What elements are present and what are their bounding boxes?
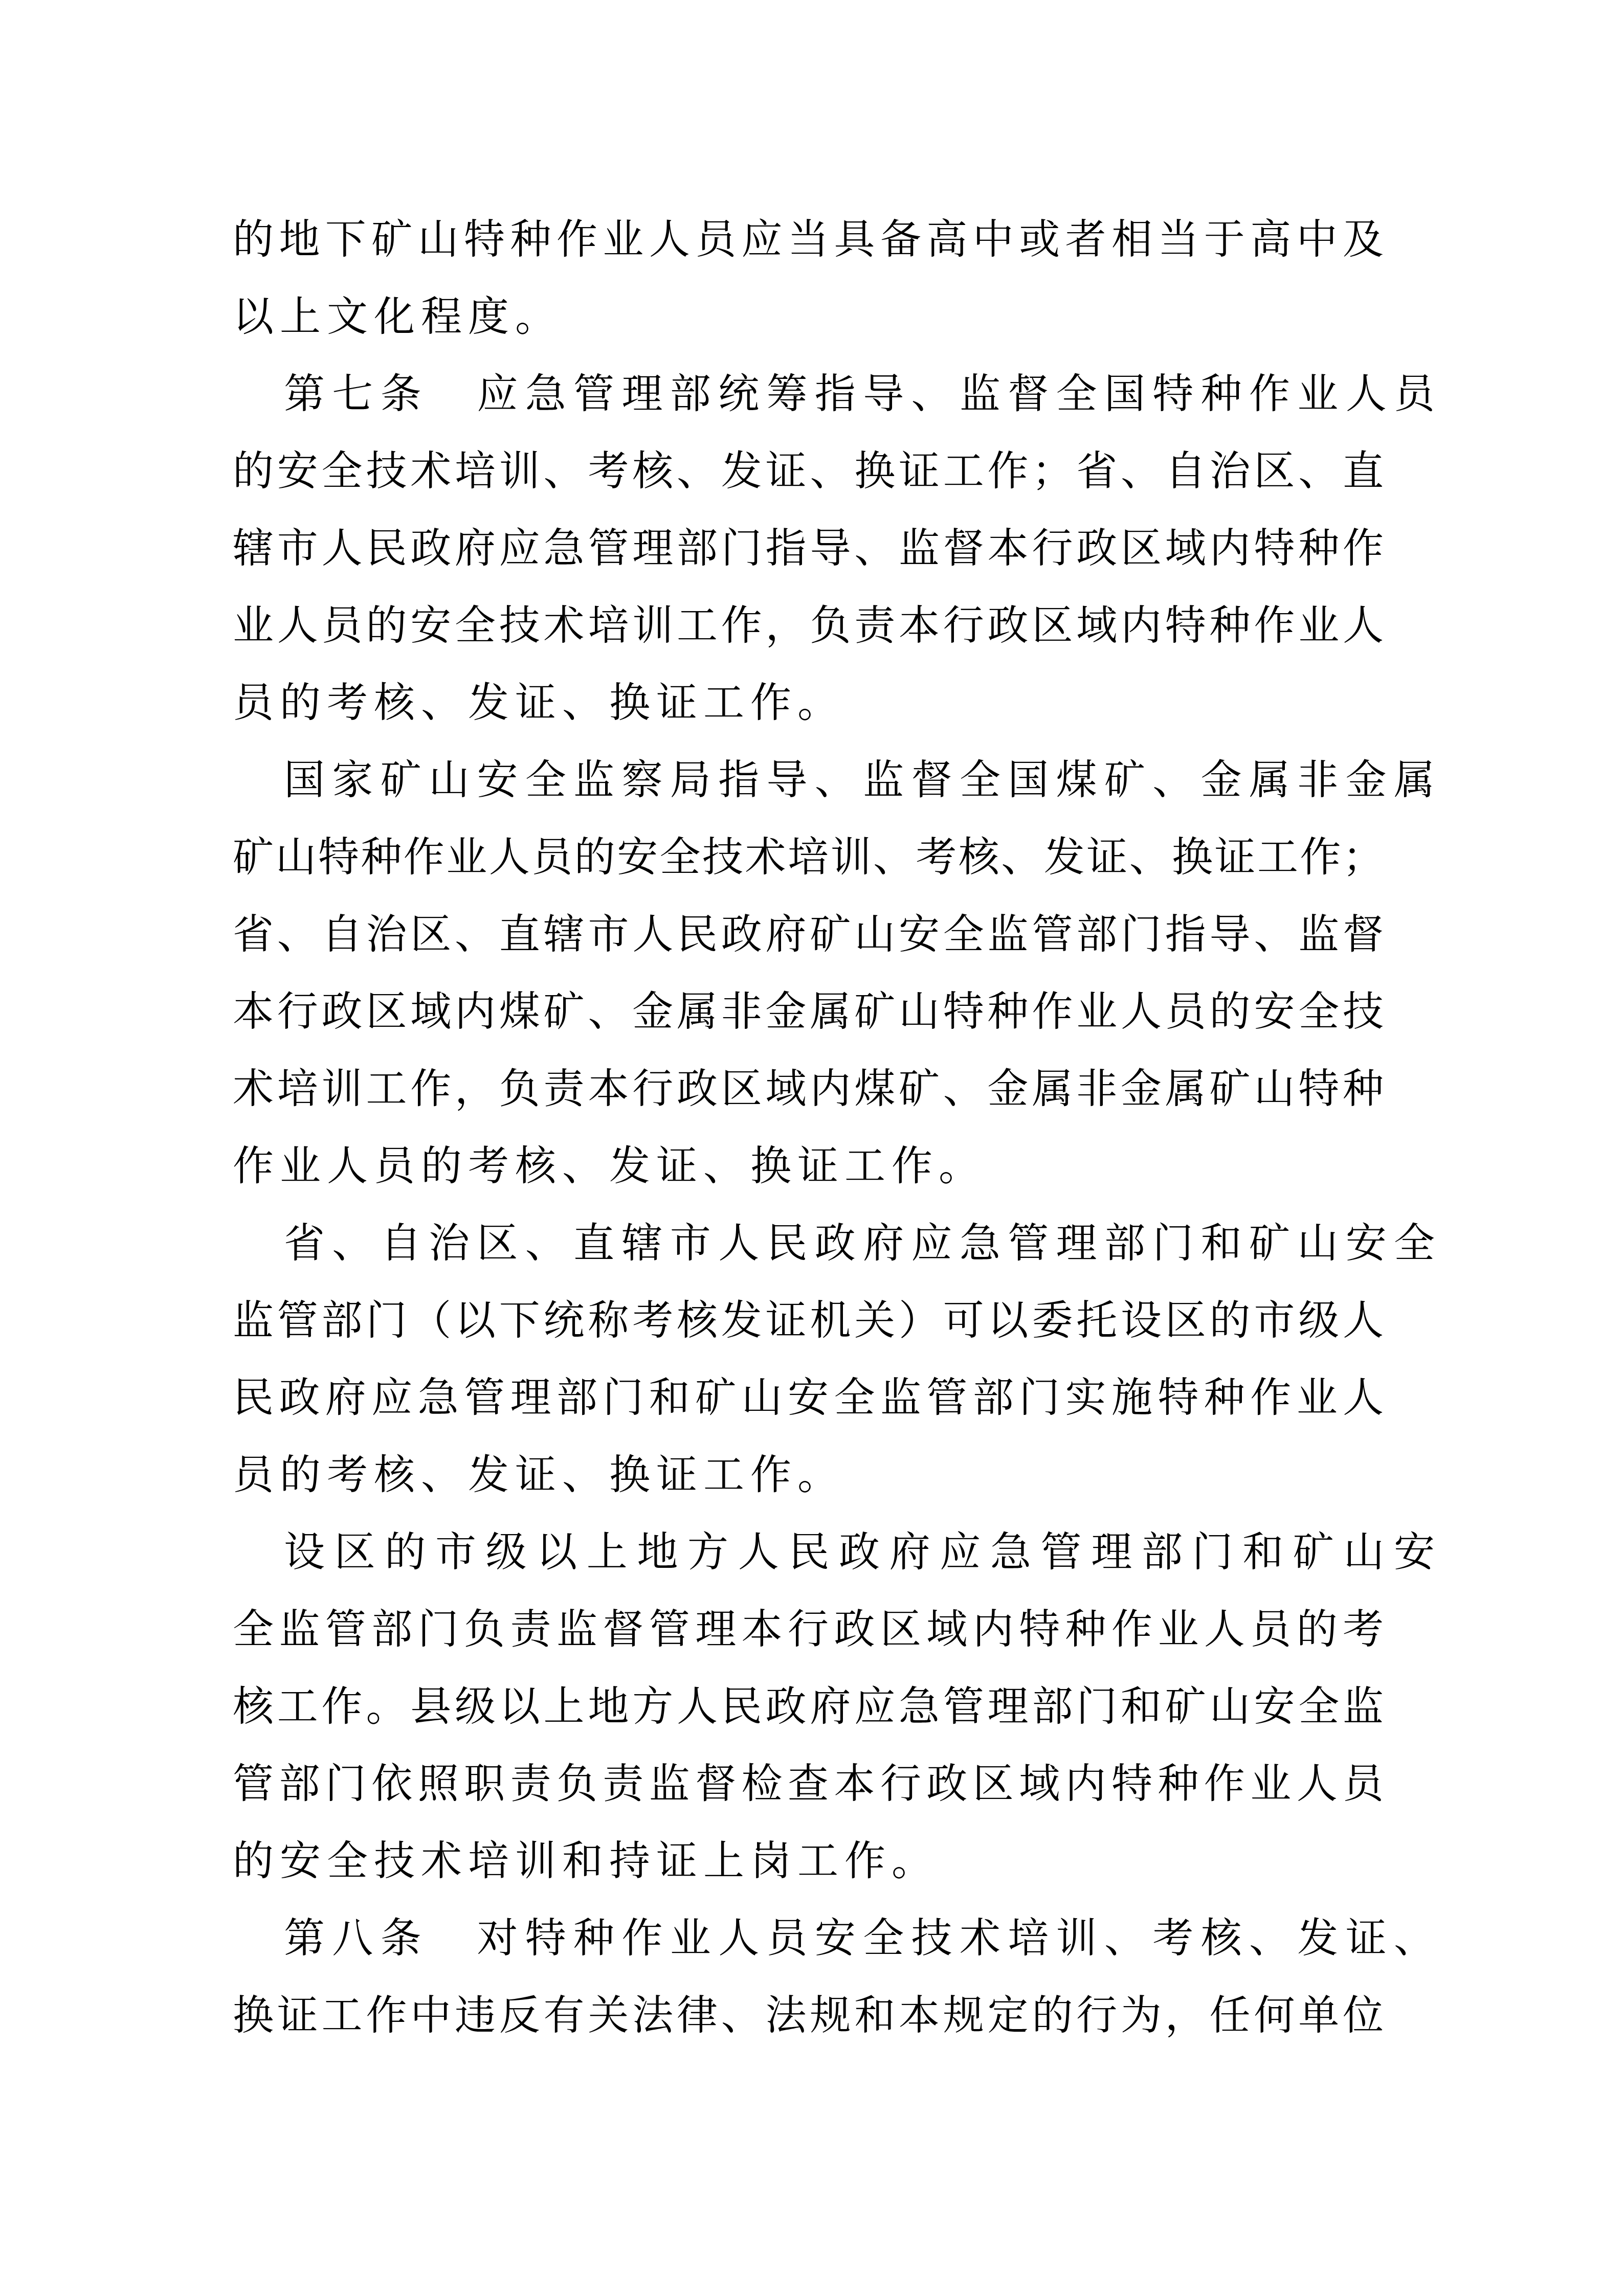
text-line: 管部门依照职责负责监督检查本行政区域内特种作业人员 (233, 1746, 1384, 1823)
text-line: 第七条 应急管理部统筹指导、监督全国特种作业人员 (233, 356, 1384, 433)
document-page: 的地下矿山特种作业人员应当具备高中或者相当于高中及以上文化程度。第七条 应急管理… (0, 0, 1624, 2296)
text-line-content: 管部门依照职责负责监督检查本行政区域内特种作业人员 (233, 1762, 1389, 1807)
text-line: 员的考核、发证、换证工作。 (233, 665, 1384, 742)
text-line-content: 监管部门（以下统称考核发证机关）可以委托设区的市级人 (233, 1298, 1387, 1343)
text-line-content: 以上文化程度。 (233, 295, 562, 340)
text-line-content: 业人员的安全技术培训工作，负责本行政区域内特种作业人 (233, 603, 1387, 648)
text-line: 以上文化程度。 (233, 279, 1384, 356)
text-line-content: 设区的市级以上地方人民政府应急管理部门和矿山安 (284, 1530, 1444, 1575)
text-line: 省、自治区、直辖市人民政府应急管理部门和矿山安全 (233, 1205, 1384, 1282)
paragraph-certification-authorities: 省、自治区、直辖市人民政府应急管理部门和矿山安全监管部门（以下统称考核发证机关）… (233, 1205, 1384, 1514)
text-block: 的地下矿山特种作业人员应当具备高中或者相当于高中及以上文化程度。第七条 应急管理… (233, 201, 1384, 2055)
text-line-content: 第八条 对特种作业人员安全技术培训、考核、发证、 (284, 1916, 1442, 1961)
text-line-content: 的安全技术培训、考核、发证、换证工作；省、自治区、直 (233, 449, 1387, 494)
text-line-content: 员的考核、发证、换证工作。 (233, 1453, 844, 1498)
text-line-content: 矿山特种作业人员的安全技术培训、考核、发证、换证工作； (233, 835, 1385, 880)
text-line-content: 省、自治区、直辖市人民政府矿山安全监管部门指导、监督 (233, 912, 1387, 957)
text-line: 核工作。县级以上地方人民政府应急管理部门和矿山安全监 (233, 1669, 1384, 1746)
paragraph-continued-from-previous-page: 的地下矿山特种作业人员应当具备高中或者相当于高中及以上文化程度。 (233, 201, 1384, 356)
text-line: 省、自治区、直辖市人民政府矿山安全监管部门指导、监督 (233, 896, 1384, 974)
text-line: 术培训工作，负责本行政区域内煤矿、金属非金属矿山特种 (233, 1051, 1384, 1128)
text-line: 本行政区域内煤矿、金属非金属矿山特种作业人员的安全技 (233, 974, 1384, 1051)
text-line: 国家矿山安全监察局指导、监督全国煤矿、金属非金属 (233, 742, 1384, 819)
text-line-content: 术培训工作，负责本行政区域内煤矿、金属非金属矿山特种 (233, 1067, 1387, 1112)
text-line: 员的考核、发证、换证工作。 (233, 1437, 1384, 1514)
text-line: 换证工作中违反有关法律、法规和本规定的行为，任何单位 (233, 1977, 1384, 2055)
paragraph-supervision-duties: 设区的市级以上地方人民政府应急管理部门和矿山安全监管部门负责监督管理本行政区域内… (233, 1514, 1384, 1900)
text-line: 的地下矿山特种作业人员应当具备高中或者相当于高中及 (233, 201, 1384, 279)
text-line: 民政府应急管理部门和矿山安全监管部门实施特种作业人 (233, 1360, 1384, 1437)
text-line: 辖市人民政府应急管理部门指导、监督本行政区域内特种作 (233, 510, 1384, 588)
text-line: 矿山特种作业人员的安全技术培训、考核、发证、换证工作； (233, 819, 1384, 896)
text-line-content: 的安全技术培训和持证上岗工作。 (233, 1839, 939, 1884)
text-line: 全监管部门负责监督管理本行政区域内特种作业人员的考 (233, 1591, 1384, 1669)
text-line: 第八条 对特种作业人员安全技术培训、考核、发证、 (233, 1900, 1384, 1977)
text-line-content: 核工作。县级以上地方人民政府应急管理部门和矿山安全监 (233, 1684, 1387, 1729)
text-line-content: 辖市人民政府应急管理部门指导、监督本行政区域内特种作 (233, 526, 1387, 571)
text-line-content: 员的考核、发证、换证工作。 (233, 681, 844, 726)
paragraph-mine-safety-bureau: 国家矿山安全监察局指导、监督全国煤矿、金属非金属矿山特种作业人员的安全技术培训、… (233, 742, 1384, 1205)
text-line: 业人员的安全技术培训工作，负责本行政区域内特种作业人 (233, 588, 1384, 665)
paragraph-article-7: 第七条 应急管理部统筹指导、监督全国特种作业人员的安全技术培训、考核、发证、换证… (233, 356, 1384, 742)
text-line-content: 全监管部门负责监督管理本行政区域内特种作业人员的考 (233, 1607, 1389, 1652)
text-line-content: 国家矿山安全监察局指导、监督全国煤矿、金属非金属 (284, 758, 1442, 803)
text-line: 设区的市级以上地方人民政府应急管理部门和矿山安 (233, 1514, 1384, 1591)
text-line-content: 本行政区域内煤矿、金属非金属矿山特种作业人员的安全技 (233, 989, 1387, 1034)
paragraph-article-8: 第八条 对特种作业人员安全技术培训、考核、发证、换证工作中违反有关法律、法规和本… (233, 1900, 1384, 2055)
text-line: 的安全技术培训和持证上岗工作。 (233, 1823, 1384, 1900)
text-line-content: 省、自治区、直辖市人民政府应急管理部门和矿山安全 (284, 1221, 1442, 1266)
text-line: 监管部门（以下统称考核发证机关）可以委托设区的市级人 (233, 1282, 1384, 1360)
text-line-content: 民政府应急管理部门和矿山安全监管部门实施特种作业人 (233, 1376, 1389, 1421)
text-line-content: 作业人员的考核、发证、换证工作。 (233, 1144, 986, 1189)
text-line-content: 第七条 应急管理部统筹指导、监督全国特种作业人员 (284, 372, 1442, 417)
text-line: 作业人员的考核、发证、换证工作。 (233, 1128, 1384, 1205)
text-line: 的安全技术培训、考核、发证、换证工作；省、自治区、直 (233, 433, 1384, 510)
text-line-content: 的地下矿山特种作业人员应当具备高中或者相当于高中及 (233, 217, 1389, 262)
text-line-content: 换证工作中违反有关法律、法规和本规定的行为，任何单位 (233, 1993, 1387, 2038)
